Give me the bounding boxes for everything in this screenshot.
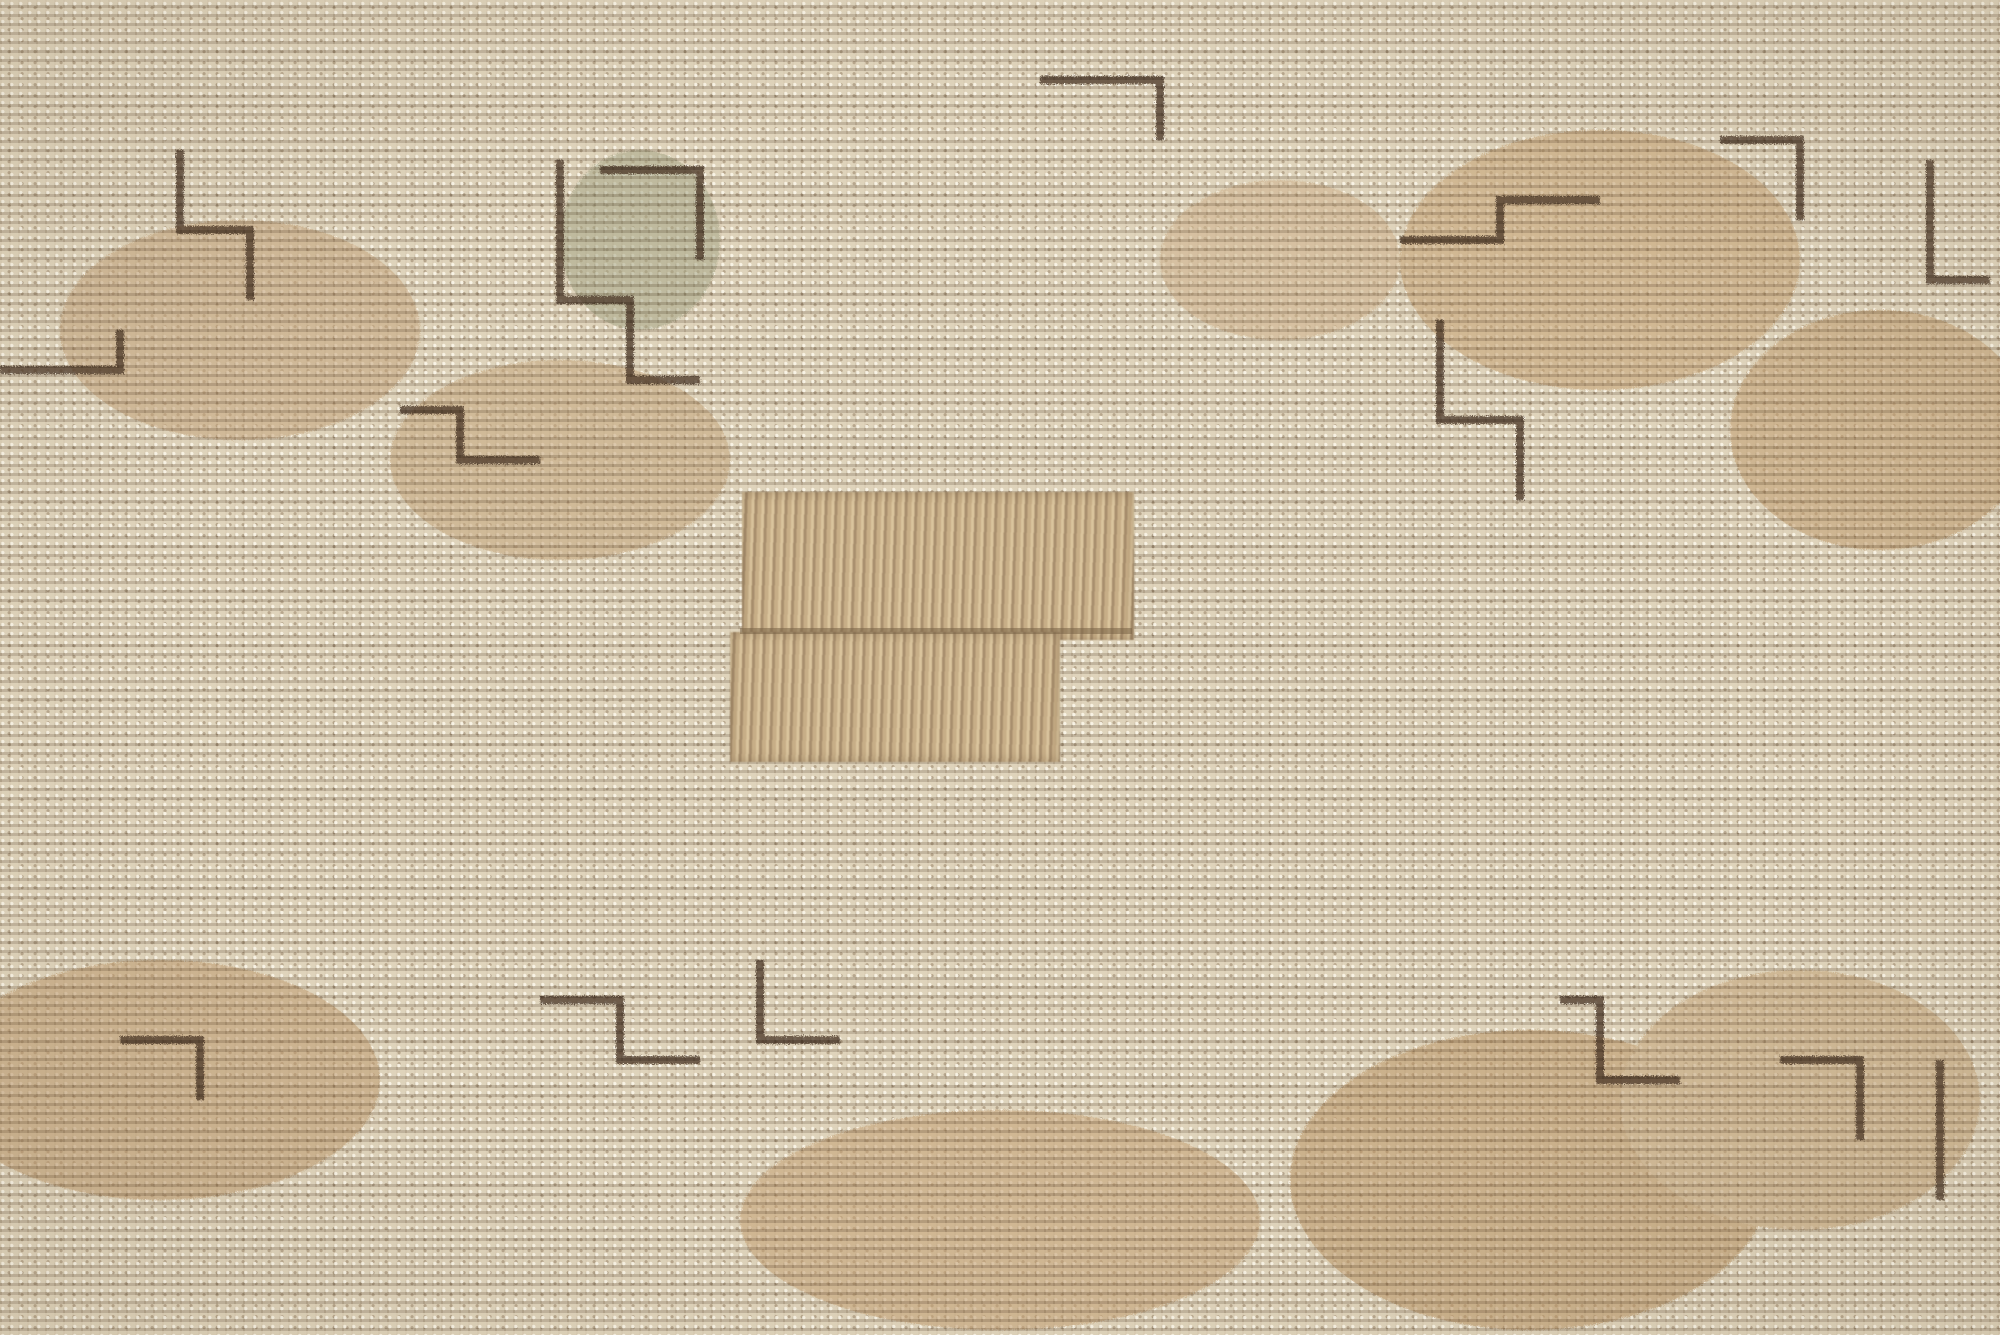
vignette — [0, 0, 2000, 1335]
rug-photo — [0, 0, 2000, 1335]
